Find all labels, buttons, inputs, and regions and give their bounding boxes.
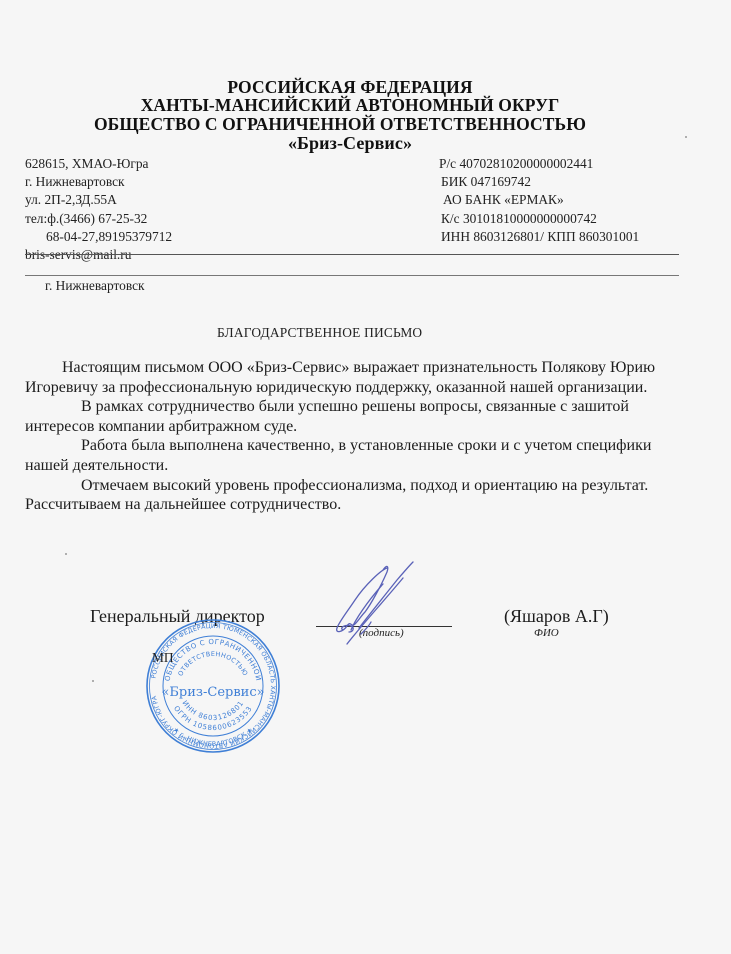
seal-placement-label: МП xyxy=(152,650,174,666)
header-divider-bottom xyxy=(25,275,679,276)
company-stamp-icon: РОССИЙСКАЯ ФЕДЕРАЦИЯ ТЮМЕНСКАЯ ОБЛАСТЬ Х… xyxy=(145,618,281,754)
contact-email: bris-servis@mail.ru xyxy=(25,246,172,264)
body-paragraph: Работа была выполнена качественно, в уст… xyxy=(25,436,685,475)
bank-inn-kpp: ИНН 8603126801/ КПП 860301001 xyxy=(439,228,639,246)
scan-speck xyxy=(65,553,67,555)
scan-speck xyxy=(92,680,94,682)
bank-details-block: Р/с 40702810200000002441 БИК 047169742 А… xyxy=(439,155,639,246)
contact-phone: тел:ф.(3466) 67-25-32 xyxy=(25,210,172,228)
header-divider-top xyxy=(25,254,679,255)
document-title: БЛАГОДАРСТВЕННОЕ ПИСЬМО xyxy=(217,325,422,341)
letter-body: Настоящим письмом ООО «Бриз-Сервис» выра… xyxy=(25,358,685,515)
signatory-name: (Яшаров А.Г) xyxy=(504,606,609,627)
letterhead-legal-form: ОБЩЕСТВО С ОГРАНИЧЕННОЙ ОТВЕТСТВЕННОСТЬЮ xyxy=(0,114,680,135)
body-paragraph: Настоящим письмом ООО «Бриз-Сервис» выра… xyxy=(25,358,685,397)
contact-street: ул. 2П-2,ЗД.55А xyxy=(25,191,172,209)
bank-name: АО БАНК «ЕРМАК» xyxy=(439,191,639,209)
letter-place: г. Нижневартовск xyxy=(45,278,145,294)
signatory-name-caption: ФИО xyxy=(534,627,559,639)
bank-bik: БИК 047169742 xyxy=(439,173,639,191)
contact-phone-extra: 68-04-27,89195379712 xyxy=(25,228,172,246)
contact-postal: 628615, ХМАО-Югра xyxy=(25,155,172,173)
contact-block: 628615, ХМАО-Югра г. Нижневартовск ул. 2… xyxy=(25,155,172,264)
svg-text:ОБЩЕСТВО С ОГРАНИЧЕННОЙ: ОБЩЕСТВО С ОГРАНИЧЕННОЙ xyxy=(164,638,264,682)
contact-city: г. Нижневартовск xyxy=(25,173,172,191)
handwritten-signature-icon xyxy=(325,560,455,650)
body-paragraph: В рамках сотрудничество были успешно реш… xyxy=(25,397,685,436)
bank-corr-account: К/с 30101810000000000742 xyxy=(439,210,639,228)
scan-speck xyxy=(685,136,687,138)
svg-text:«Бриз-Сервис»: «Бриз-Сервис» xyxy=(161,685,264,700)
letterhead-company-name: «Бриз-Сервис» xyxy=(0,133,700,154)
body-paragraph: Отмечаем высокий уровень профессионализм… xyxy=(25,476,685,515)
bank-account: Р/с 40702810200000002441 xyxy=(439,155,639,173)
letterhead-region: ХАНТЫ-МАНСИЙСКИЙ АВТОНОМНЫЙ ОКРУГ xyxy=(0,95,700,116)
